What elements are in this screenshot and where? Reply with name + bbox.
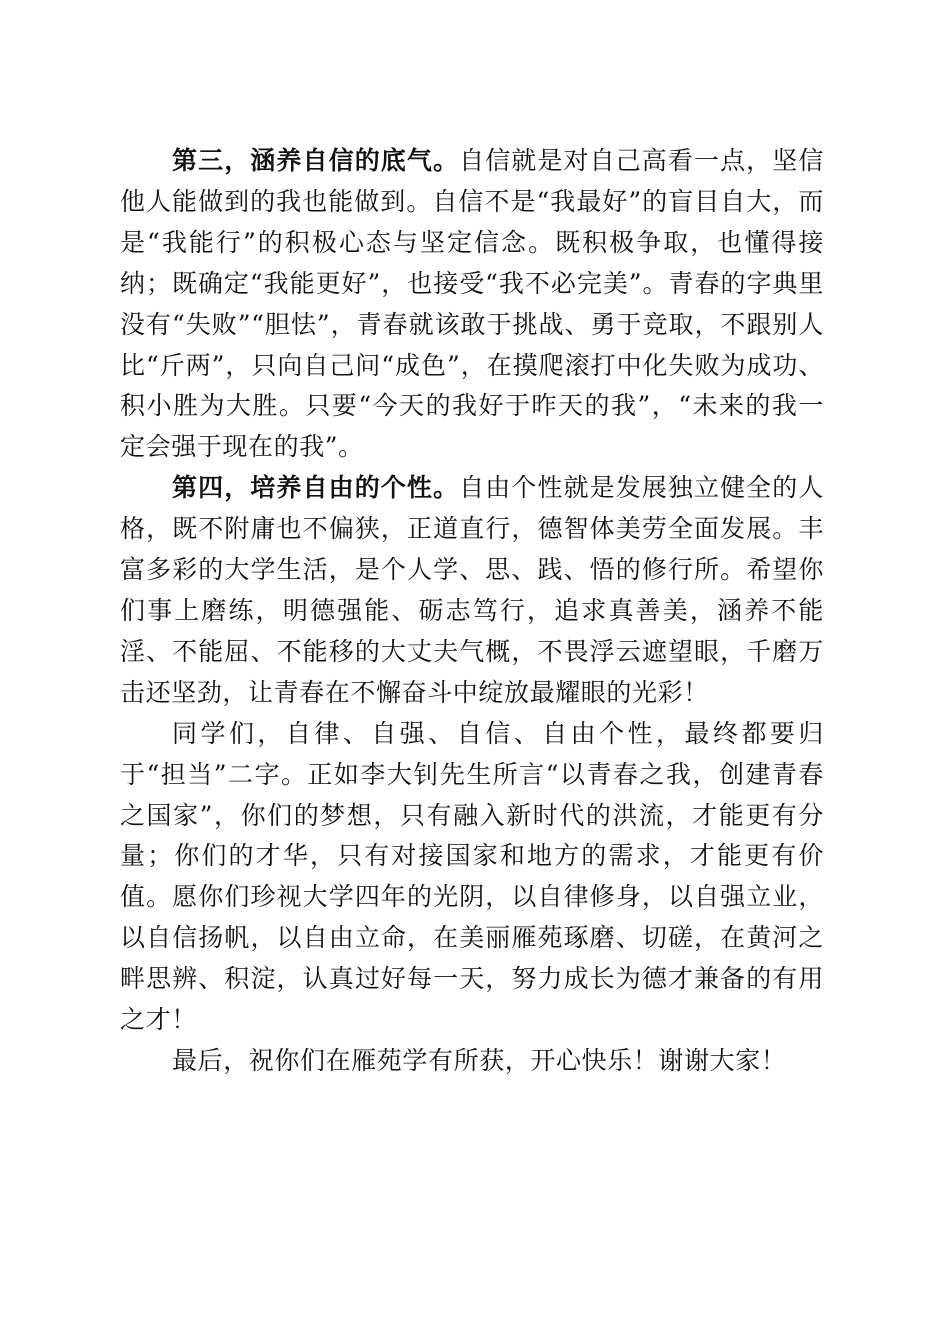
document-page: 第三，涵养自信的底气。自信就是对自己高看一点，坚信他人能做到的我也能做到。自信不… <box>120 141 824 1082</box>
paragraph-closing: 最后，祝你们在雁苑学有所获，开心快乐！谢谢大家！ <box>120 1041 824 1082</box>
paragraph-body: 同学们，自律、自强、自信、自由个性，最终都要归于“担当”二字。正如李大钊先生所言… <box>120 719 824 1034</box>
paragraph-body: 自由个性就是发展独立健全的人格，既不附庸也不偏狭，正道直行，德智体美劳全面发展。… <box>120 473 824 707</box>
paragraph-body: 自信就是对自己高看一点，坚信他人能做到的我也能做到。自信不是“我最好”的盲目自大… <box>120 146 824 461</box>
paragraph-confidence: 第三，涵养自信的底气。自信就是对自己高看一点，坚信他人能做到的我也能做到。自信不… <box>120 141 824 468</box>
paragraph-body: 最后，祝你们在雁苑学有所获，开心快乐！谢谢大家！ <box>172 1046 786 1075</box>
paragraph-heading: 第三，涵养自信的底气。 <box>172 146 459 175</box>
paragraph-individuality: 第四，培养自由的个性。自由个性就是发展独立健全的人格，既不附庸也不偏狭，正道直行… <box>120 468 824 713</box>
paragraph-heading: 第四，培养自由的个性。 <box>172 473 459 502</box>
paragraph-responsibility: 同学们，自律、自强、自信、自由个性，最终都要归于“担当”二字。正如李大钊先生所言… <box>120 714 824 1041</box>
